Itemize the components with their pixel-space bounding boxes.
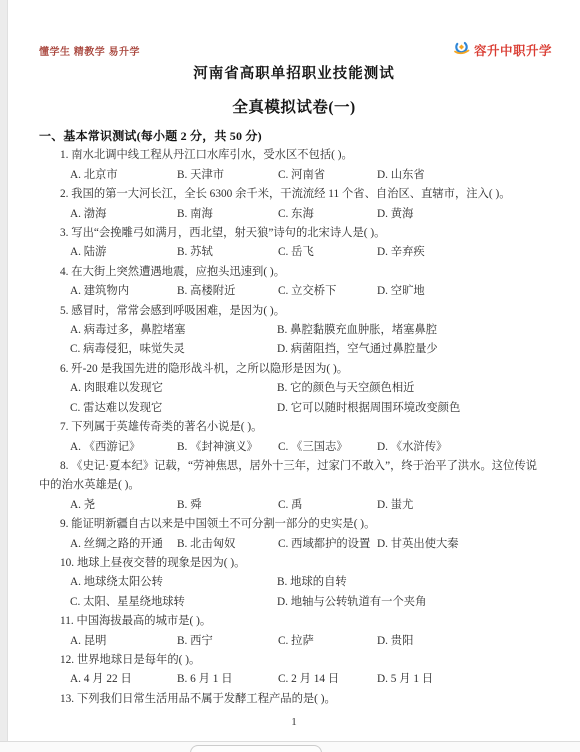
options-row: C. 雷达难以发现它D. 它可以随时根据周围环境改变颜色: [70, 399, 544, 418]
option: C. 《三国志》: [278, 438, 377, 457]
option: C. 雷达难以发现它: [70, 399, 277, 418]
option: A. 肉眼难以发现它: [70, 379, 277, 398]
option: D. 蚩尤: [377, 496, 544, 515]
question: 3. 写出“会挽雕弓如满月，西北望，射天狼”诗句的北宋诗人是( )。A. 陆游B…: [39, 224, 544, 263]
questions-list: 1. 南水北调中线工程从丹江口水库引水，受水区不包括( )。A. 北京市B. 天…: [39, 146, 544, 709]
option: B. 西宁: [177, 632, 278, 651]
question: 12. 世界地球日是每年的( )。A. 4 月 22 日B. 6 月 1 日C.…: [39, 651, 544, 690]
question-stem: 11. 中国海拔最高的城市是( )。: [39, 612, 544, 631]
option: C. 西域都护的设置: [278, 535, 377, 554]
question: 8. 《史记·夏本纪》记载，“劳神焦思，居外十三年，过家门不敢入”，终于治平了洪…: [39, 457, 544, 515]
option: A. 建筑物内: [70, 282, 177, 301]
option: A. 北京市: [70, 166, 177, 185]
option: A. 地球绕太阳公转: [70, 573, 277, 592]
option: B. 《封神演义》: [177, 438, 278, 457]
options-row: A. 病毒过多，鼻腔堵塞B. 鼻腔黏膜充血肿胀，堵塞鼻腔: [70, 321, 544, 340]
option: C. 病毒侵犯，味觉失灵: [70, 340, 277, 359]
question-stem: 3. 写出“会挽雕弓如满月，西北望，射天狼”诗句的北宋诗人是( )。: [39, 224, 544, 243]
brand-logo: 容升中职升学: [453, 39, 552, 61]
question: 6. 歼-20 是我国先进的隐形战斗机，之所以隐形是因为( )。A. 肉眼难以发…: [39, 360, 544, 418]
options-row: A. 《西游记》B. 《封神演义》C. 《三国志》D. 《水浒传》: [70, 438, 544, 457]
slogan-text: 懂学生 精教学 易升学: [39, 43, 140, 58]
options-row: A. 昆明B. 西宁C. 拉萨D. 贵阳: [70, 632, 544, 651]
option: A. 4 月 22 日: [70, 670, 177, 689]
options-row: A. 丝绸之路的开通B. 北击匈奴C. 西域都护的设置D. 甘英出使大秦: [70, 535, 544, 554]
options-row: A. 建筑物内B. 高楼附近C. 立交桥下D. 空旷地: [70, 282, 544, 301]
option: C. 岳飞: [278, 243, 377, 262]
option: B. 鼻腔黏膜充血肿胀，堵塞鼻腔: [277, 321, 544, 340]
option: C. 河南省: [278, 166, 377, 185]
options-row: A. 渤海B. 南海C. 东海D. 黄海: [70, 205, 544, 224]
options-row: A. 陆游B. 苏轼C. 岳飞D. 辛弃疾: [70, 243, 544, 262]
options-row: A. 肉眼难以发现它B. 它的颜色与天空颜色相近: [70, 379, 544, 398]
option: C. 立交桥下: [278, 282, 377, 301]
question-stem: 1. 南水北调中线工程从丹江口水库引水，受水区不包括( )。: [39, 146, 544, 165]
option: A. 尧: [70, 496, 177, 515]
viewer-left-edge: [0, 0, 8, 752]
page-header: 懂学生 精教学 易升学 容升中职升学: [39, 39, 552, 61]
option: A. 丝绸之路的开通: [70, 535, 177, 554]
option: A. 昆明: [70, 632, 177, 651]
question-stem: 7. 下列属于英雄传奇类的著名小说是( )。: [39, 418, 544, 437]
option: B. 南海: [177, 205, 278, 224]
question: 13. 下列我们日常生活用品不属于发酵工程产品的是( )。: [39, 690, 544, 709]
brand-name: 容升中职升学: [474, 41, 552, 59]
options-row: C. 太阳、星星绕地球转D. 地轴与公转轨道有一个夹角: [70, 593, 544, 612]
question-stem: 6. 歼-20 是我国先进的隐形战斗机，之所以隐形是因为( )。: [39, 360, 544, 379]
viewer-toolbar-handle[interactable]: [190, 745, 322, 752]
option: C. 东海: [278, 205, 377, 224]
option: A. 病毒过多，鼻腔堵塞: [70, 321, 277, 340]
page-number: 1: [8, 716, 580, 728]
exam-title: 河南省高职单招职业技能测试: [8, 62, 580, 83]
swirl-logo-icon: [453, 39, 470, 61]
option: D. 5 月 1 日: [377, 670, 544, 689]
question: 7. 下列属于英雄传奇类的著名小说是( )。A. 《西游记》B. 《封神演义》C…: [39, 418, 544, 457]
question: 10. 地球上昼夜交替的现象是因为( )。A. 地球绕太阳公转B. 地球的自转C…: [39, 554, 544, 612]
option: C. 禹: [278, 496, 377, 515]
question-stem: 10. 地球上昼夜交替的现象是因为( )。: [39, 554, 544, 573]
question-stem: 8. 《史记·夏本纪》记载，“劳神焦思，居外十三年，过家门不敢入”，终于治平了洪…: [39, 457, 544, 496]
options-row: C. 病毒侵犯，味觉失灵D. 病菌阻挡，空气通过鼻腔量少: [70, 340, 544, 359]
option: B. 6 月 1 日: [177, 670, 278, 689]
option: D. 病菌阻挡，空气通过鼻腔量少: [277, 340, 544, 359]
option: D. 甘英出使大秦: [377, 535, 544, 554]
options-row: A. 北京市B. 天津市C. 河南省D. 山东省: [70, 166, 544, 185]
option: A. 陆游: [70, 243, 177, 262]
question-stem: 12. 世界地球日是每年的( )。: [39, 651, 544, 670]
options-row: A. 4 月 22 日B. 6 月 1 日C. 2 月 14 日D. 5 月 1…: [70, 670, 544, 689]
option: C. 太阳、星星绕地球转: [70, 593, 277, 612]
option: D. 辛弃疾: [377, 243, 544, 262]
question: 9. 能证明新疆自古以来是中国领土不可分割一部分的史实是( )。A. 丝绸之路的…: [39, 515, 544, 554]
exam-body: 一、基本常识测试(每小题 2 分，共 50 分) 1. 南水北调中线工程从丹江口…: [39, 127, 544, 709]
option: B. 地球的自转: [277, 573, 544, 592]
option: B. 它的颜色与天空颜色相近: [277, 379, 544, 398]
question: 5. 感冒时，常常会感到呼吸困难，是因为( )。A. 病毒过多，鼻腔堵塞B. 鼻…: [39, 302, 544, 360]
option: D. 贵阳: [377, 632, 544, 651]
option: D. 黄海: [377, 205, 544, 224]
option: D. 山东省: [377, 166, 544, 185]
options-row: A. 尧B. 舜C. 禹D. 蚩尤: [70, 496, 544, 515]
question: 4. 在大街上突然遭遇地震，应抱头迅速到( )。A. 建筑物内B. 高楼附近C.…: [39, 263, 544, 302]
option: C. 2 月 14 日: [278, 670, 377, 689]
question-stem: 5. 感冒时，常常会感到呼吸困难，是因为( )。: [39, 302, 544, 321]
question-stem: 9. 能证明新疆自古以来是中国领土不可分割一部分的史实是( )。: [39, 515, 544, 534]
section-heading: 一、基本常识测试(每小题 2 分，共 50 分): [39, 127, 544, 146]
option: C. 拉萨: [278, 632, 377, 651]
question: 2. 我国的第一大河长江，全长 6300 余千米，干流流经 11 个省、自治区、…: [39, 185, 544, 224]
exam-page: 懂学生 精教学 易升学 容升中职升学 河南省高职单招职业技能测试 全真模拟试卷(…: [8, 0, 580, 741]
question-stem: 13. 下列我们日常生活用品不属于发酵工程产品的是( )。: [39, 690, 544, 709]
question: 1. 南水北调中线工程从丹江口水库引水，受水区不包括( )。A. 北京市B. 天…: [39, 146, 544, 185]
question: 11. 中国海拔最高的城市是( )。A. 昆明B. 西宁C. 拉萨D. 贵阳: [39, 612, 544, 651]
option: D. 地轴与公转轨道有一个夹角: [277, 593, 544, 612]
option: B. 高楼附近: [177, 282, 278, 301]
option: A. 渤海: [70, 205, 177, 224]
option: B. 苏轼: [177, 243, 278, 262]
option: B. 天津市: [177, 166, 278, 185]
options-row: A. 地球绕太阳公转B. 地球的自转: [70, 573, 544, 592]
option: D. 空旷地: [377, 282, 544, 301]
option: D. 《水浒传》: [377, 438, 544, 457]
option: B. 北击匈奴: [177, 535, 278, 554]
option: B. 舜: [177, 496, 278, 515]
question-stem: 2. 我国的第一大河长江，全长 6300 余千米，干流流经 11 个省、自治区、…: [39, 185, 544, 204]
question-stem: 4. 在大街上突然遭遇地震，应抱头迅速到( )。: [39, 263, 544, 282]
option: A. 《西游记》: [70, 438, 177, 457]
exam-subtitle: 全真模拟试卷(一): [8, 95, 580, 117]
option: D. 它可以随时根据周围环境改变颜色: [277, 399, 544, 418]
